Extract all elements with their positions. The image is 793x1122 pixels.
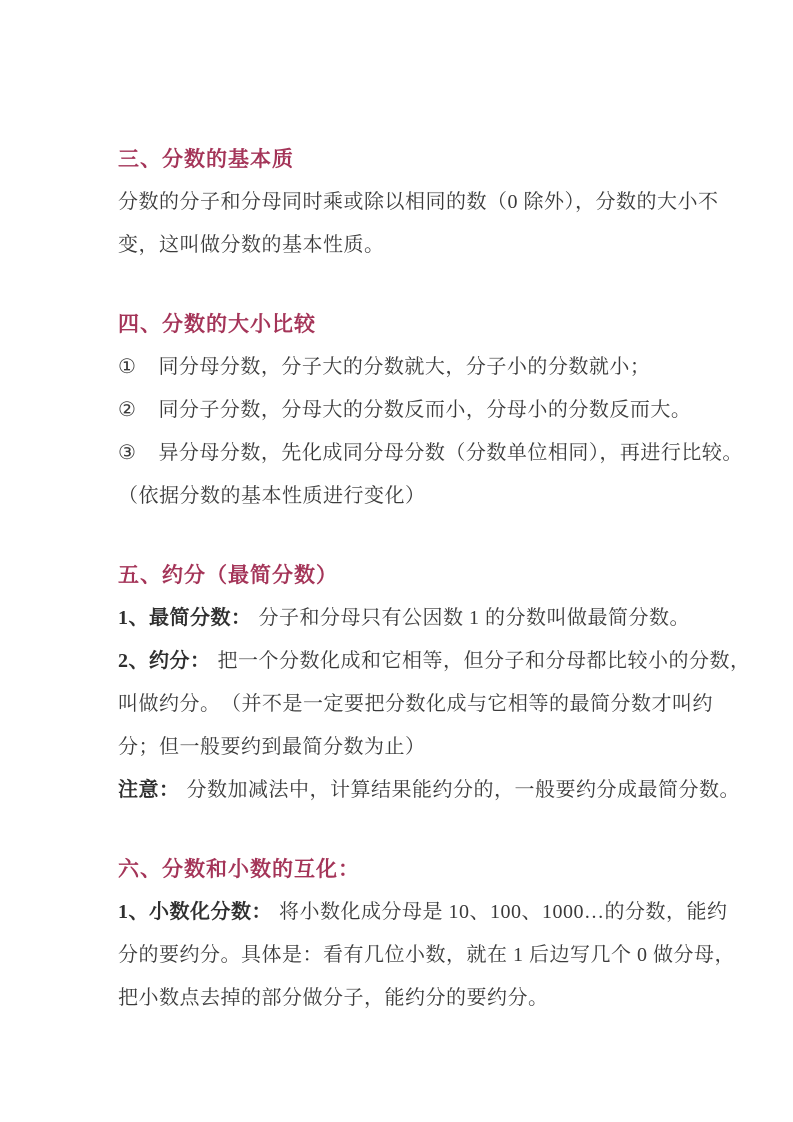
term-line: 1、小数化分数：将小数化成分母是 10、100、1000…的分数，能约 [118,891,693,934]
term-definition: 把一个分数化成和它相等，但分子和分母都比较小的分数， [218,650,751,672]
text-line: 分的要约分。具体是：看有几位小数，就在 1 后边写几个 0 做分母， [118,934,693,977]
text-line: （依据分数的基本性质进行变化） [118,475,693,518]
section-heading: 六、分数和小数的互化： [118,848,693,891]
list-item-text: 同分子分数，分母大的分数反而小，分母小的分数反而大。 [158,399,691,421]
section-heading: 四、分数的大小比较 [118,303,693,346]
list-item-text: 异分母分数，先化成同分母分数（分数单位相同），再进行比较。 [158,442,743,464]
section-fraction-basic-property: 三、分数的基本质 分数的分子和分母同时乘或除以相同的数（0 除外），分数的大小不… [118,138,693,267]
term-label: 1、最简分数： [118,607,252,629]
list-item-line: ③异分母分数，先化成同分母分数（分数单位相同），再进行比较。 [118,432,693,475]
term-line: 2、约分：把一个分数化成和它相等，但分子和分母都比较小的分数， [118,640,693,683]
section-fraction-decimal-conversion: 六、分数和小数的互化： 1、小数化分数：将小数化成分母是 10、100、1000… [118,848,693,1020]
circled-number-2: ② [118,389,136,432]
note-line: 注意：分数加减法中，计算结果能约分的，一般要约分成最简分数。 [118,769,693,812]
term-definition: 分子和分母只有公因数 1 的分数叫做最简分数。 [259,607,691,629]
circled-number-1: ① [118,346,136,389]
note-text: 分数加减法中，计算结果能约分的，一般要约分成最简分数。 [187,779,741,801]
list-item-text: 同分母分数，分子大的分数就大，分子小的分数就小； [158,356,650,378]
term-label: 2、约分： [118,650,211,672]
text-line: 叫做约分。 （并不是一定要把分数化成与它相等的最简分数才叫约 [118,683,693,726]
term-line: 1、最简分数：分子和分母只有公因数 1 的分数叫做最简分数。 [118,597,693,640]
list-item-line: ②同分子分数，分母大的分数反而小，分母小的分数反而大。 [118,389,693,432]
term-label: 1、小数化分数： [118,901,272,923]
section-fraction-comparison: 四、分数的大小比较 ①同分母分数，分子大的分数就大，分子小的分数就小； ②同分子… [118,303,693,518]
text-line: 把小数点去掉的部分做分子，能约分的要约分。 [118,977,693,1020]
term-definition: 将小数化成分母是 10、100、1000…的分数，能约 [279,901,728,923]
note-label: 注意： [118,779,180,801]
list-item-line: ①同分母分数，分子大的分数就大，分子小的分数就小； [118,346,693,389]
text-line: 分；但一般要约到最简分数为止） [118,726,693,769]
text-line: 分数的分子和分母同时乘或除以相同的数（0 除外），分数的大小不 [118,181,693,224]
text-line: 变，这叫做分数的基本性质。 [118,224,693,267]
circled-number-3: ③ [118,432,136,475]
section-heading: 五、约分（最简分数） [118,554,693,597]
section-reduction: 五、约分（最简分数） 1、最简分数：分子和分母只有公因数 1 的分数叫做最简分数… [118,554,693,812]
document-page: 三、分数的基本质 分数的分子和分母同时乘或除以相同的数（0 除外），分数的大小不… [0,0,793,1122]
section-heading: 三、分数的基本质 [118,138,693,181]
